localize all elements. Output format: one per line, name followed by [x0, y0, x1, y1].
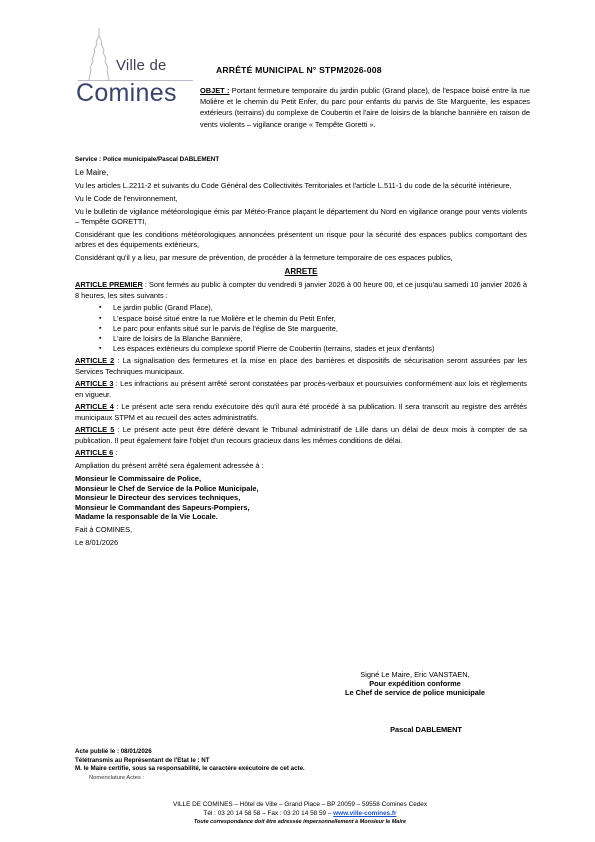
recipient: Monsieur le Directeur des services techn…: [75, 493, 527, 503]
signer-role: Le Chef de service de police municipale: [300, 688, 530, 697]
article-text: :: [113, 448, 117, 457]
maire-line: Le Maire,: [75, 168, 527, 178]
article-premier: ARTICLE PREMIER : Sont fermés au public …: [75, 280, 527, 300]
article-label: ARTICLE 6: [75, 448, 113, 457]
city-logo: Ville de Comines: [62, 24, 197, 114]
church-spire-icon: [78, 26, 118, 82]
document-title: ARRÊTÉ MUNICIPAL N° STPM2026-008: [216, 65, 382, 75]
footer-note: Toute correspondance doit être adressée …: [75, 818, 525, 827]
considerant: Considérant qu'il y a lieu, par mesure d…: [75, 253, 527, 263]
article-label: ARTICLE 5: [75, 425, 114, 434]
published-date: Acte publié le : 08/01/2026: [75, 748, 305, 757]
publication-meta: Acte publié le : 08/01/2026 Télétransmis…: [75, 748, 305, 782]
signature-block: Signé Le Maire, Eric VANSTAEN, Pour expé…: [300, 670, 530, 734]
date-line: Le 8/01/2026: [75, 538, 527, 548]
article-6: ARTICLE 6 :: [75, 448, 527, 458]
footer-phone: Tél : 03 20 14 58 58 – Fax : 03 20 14 58…: [203, 810, 333, 817]
arrete-heading: ARRETE: [75, 267, 527, 277]
article-4: ARTICLE 4 : Le présent acte sera rendu e…: [75, 402, 527, 422]
list-item: L'aire de loisirs de la Blanche Bannière…: [113, 334, 527, 344]
article-label: ARTICLE PREMIER: [75, 280, 143, 289]
objet-text: Portant fermeture temporaire du jardin p…: [200, 86, 530, 129]
list-item: L'espace boisé situé entre la rue Molièr…: [113, 314, 527, 324]
list-item: Le parc pour enfants situé sur le parvis…: [113, 324, 527, 334]
article-5: ARTICLE 5 : Le présent acte peut être dé…: [75, 425, 527, 445]
logo-ville-text: Ville de: [116, 57, 167, 74]
considerant: Considérant que les conditions météorolo…: [75, 230, 527, 250]
logo-comines-text: Comines: [76, 79, 177, 108]
visa: Vu le Code de l'environnement,: [75, 194, 527, 204]
objet-block: OBJET : Portant fermeture temporaire du …: [200, 85, 530, 130]
list-item: Le jardin public (Grand Place),: [113, 303, 527, 313]
certify-line: M. le Maire certifie, sous sa responsabi…: [75, 765, 305, 774]
recipient: Monsieur le Commissaire de Police,: [75, 474, 527, 484]
nomenclature-line: Nomenclature Actes :: [75, 774, 305, 783]
page-footer: VILLE DE COMINES – Hôtel de Ville – Gran…: [75, 800, 525, 827]
fait-a-line: Fait à COMINES,: [75, 525, 527, 535]
closed-sites-list: Le jardin public (Grand Place), L'espace…: [75, 303, 527, 354]
article-text: : Les infractions au présent arrêté sero…: [75, 379, 527, 398]
article-text: : Le présent acte sera rendu exécutoire …: [75, 402, 527, 421]
list-item: Les espaces extérieurs du complexe sport…: [113, 344, 527, 354]
recipient: Monsieur le Commandant des Sapeurs-Pompi…: [75, 503, 527, 513]
article-text: : Le présent acte peut être déféré devan…: [75, 425, 527, 444]
signer-name: Pascal DABLEMENT: [300, 725, 530, 734]
article-3: ARTICLE 3 : Les infractions au présent a…: [75, 379, 527, 399]
signed-by: Signé Le Maire, Eric VANSTAEN,: [300, 670, 530, 679]
transmitted-line: Télétransmis au Représentant de l'Etat l…: [75, 757, 305, 766]
article-text: : Sont fermés au public à compter du ven…: [75, 280, 527, 299]
recipient: Madame la responsable de la Vie Locale.: [75, 512, 527, 522]
objet-label: OBJET :: [200, 86, 229, 95]
visa: Vu le bulletin de vigilance météorologiq…: [75, 207, 527, 227]
recipient: Monsieur le Chef de Service de la Police…: [75, 484, 527, 494]
article-text: : La signalisation des fermetures et la …: [75, 356, 527, 375]
footer-contact: Tél : 03 20 14 58 58 – Fax : 03 20 14 58…: [75, 809, 525, 818]
footer-address: VILLE DE COMINES – Hôtel de Ville – Gran…: [75, 800, 525, 809]
expedition-conforme: Pour expédition conforme: [300, 679, 530, 688]
article-2: ARTICLE 2 : La signalisation des fermetu…: [75, 356, 527, 376]
ampliation-line: Ampliation du présent arrêté sera égalem…: [75, 461, 527, 471]
article-label: ARTICLE 4: [75, 402, 114, 411]
article-label: ARTICLE 2: [75, 356, 114, 365]
document-body: Service : Police municipale/Pascal DABLE…: [75, 155, 527, 551]
service-line: Service : Police municipale/Pascal DABLE…: [75, 155, 527, 165]
website-link[interactable]: www.ville-comines.fr: [333, 810, 396, 817]
visa: Vu les articles L.2211-2 et suivants du …: [75, 181, 527, 191]
article-label: ARTICLE 3: [75, 379, 113, 388]
